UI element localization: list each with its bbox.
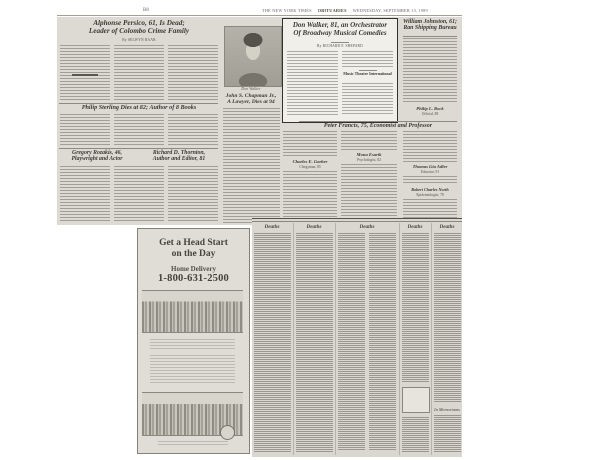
notice-text-sim [296,233,333,453]
body-text-sim [168,114,218,147]
brief-name-adler: Thomas Gia Adler [401,164,459,169]
body-text-sim [283,131,337,157]
headline-rozakis: Gregory Rozakis, 46, Playwright and Acto… [61,150,133,163]
ad-title-line2: on the Day [138,249,249,259]
skyline-illustration [142,290,243,333]
headline-chapman: John S. Chapman Jr., A Lawyer, Dies at 9… [222,93,280,105]
folio-section: OBITUARIES [318,8,347,13]
brief-name-esarik: Mona Esarik [341,152,397,157]
section-rule [403,36,457,37]
ad-text-sim [150,355,235,383]
body-text-sim [403,38,457,104]
headline-francis: Peter Francis, 75, Economist and Profess… [299,123,457,130]
ad-phone-number: 1-800-631-2500 [138,273,249,284]
boxed-notice [402,387,430,413]
notice-index-sim [369,233,396,451]
notice-text-sim [434,233,461,403]
obituaries-section: Alphonse Persico, 61, Is Dead; Leader of… [57,17,462,225]
byline-persico: By SELWYN RAAB [59,38,219,42]
photo-caption: Don Walker [222,87,280,91]
column-rule [399,223,400,455]
ad-subtitle: Home Delivery [138,265,249,273]
notice-text-sim [402,417,429,453]
folio-line: THE NEW YORK TIMES OBITUARIES WEDNESDAY,… [262,8,428,13]
brief-desc-esarik: Psychologist, 82 [341,158,397,162]
sun-logo [220,425,235,440]
byline-walker: By RICHARD F. SHEPARD [283,44,397,48]
section-rule [299,121,457,122]
body-text-sim [341,164,397,223]
brief-name-north: Robert Charles North [401,187,459,192]
boxed-article-don-walker: Don Walker, 81, an Orchestrator Of Broad… [282,18,398,123]
body-text-sim [114,45,164,102]
body-text-sim [341,131,397,150]
headline-thornton: Richard D. Thornton, Author and Editor, … [141,150,217,163]
deaths-header-3: Deaths [336,224,398,230]
byline-rule [331,42,349,43]
notice-text-sim [254,233,291,453]
body-text-sim [223,108,280,223]
in-memoriam-header: In Memoriams [432,407,462,412]
column-rule [431,223,432,455]
brief-desc-garber: Clergyman, 85 [281,165,339,169]
folio-rule [57,15,462,16]
body-text-sim [287,51,338,116]
folio-page-number: B8 [143,8,149,13]
notice-index-sim [338,233,365,451]
home-delivery-ad: Get a Head Start on the Day Home Deliver… [137,228,250,454]
brief-desc-adler: Educator, 91 [401,170,459,174]
headline-johnston: William Johnston, 61; Ran Shipping Burea… [401,19,459,32]
deaths-header-4: Deaths [400,224,430,230]
deaths-header-2: Deaths [294,224,334,230]
body-text-sim [168,45,218,102]
death-notices-section: Deaths Deaths Deaths Deaths Deaths In Me… [252,218,462,457]
brief-name-rock: Philip L. Rock [401,106,459,111]
column-rule [293,223,294,455]
body-text-sim [403,131,457,162]
headline-walker: Don Walker, 81, an Orchestrator Of Broad… [283,22,397,37]
body-text-sim [283,171,337,223]
brief-name-garber: Charles E. Garber [281,159,339,164]
body-text-sim [342,51,393,68]
column-rule [335,223,336,455]
folio-date: WEDNESDAY, SEPTEMBER 13, 1989 [353,8,428,13]
body-text-sim [168,166,218,223]
body-text-sim [403,176,457,185]
subhead-sim [72,74,98,76]
portrait-photo-don-walker [224,26,282,87]
double-rule [252,221,462,222]
subhead-walker: Music Theater International [342,72,393,77]
ad-text-sim [158,441,228,447]
deaths-header-5: Deaths [432,224,462,230]
ad-text-sim [150,339,235,349]
brief-desc-rock: Official, 88 [401,112,459,116]
body-text-sim [60,166,110,223]
body-text-sim [342,83,393,116]
notice-text-sim [402,233,429,383]
newspaper-page-scan: B8 THE NEW YORK TIMES OBITUARIES WEDNESD… [0,0,600,460]
notice-text-sim [434,415,461,453]
body-text-sim [60,114,110,147]
headline-sterling: Philip Sterling Dies at 82; Author of 8 … [59,105,219,112]
body-text-sim [114,114,164,147]
headline-persico: Alphonse Persico, 61, Is Dead; Leader of… [59,20,219,36]
folio-paper-name: THE NEW YORK TIMES [262,8,312,13]
brief-desc-north: Epidemiologist, 78 [401,193,459,197]
body-text-sim [114,166,164,223]
deaths-header-1: Deaths [252,224,292,230]
ad-title-line1: Get a Head Start [138,238,249,248]
section-rule [59,148,218,149]
